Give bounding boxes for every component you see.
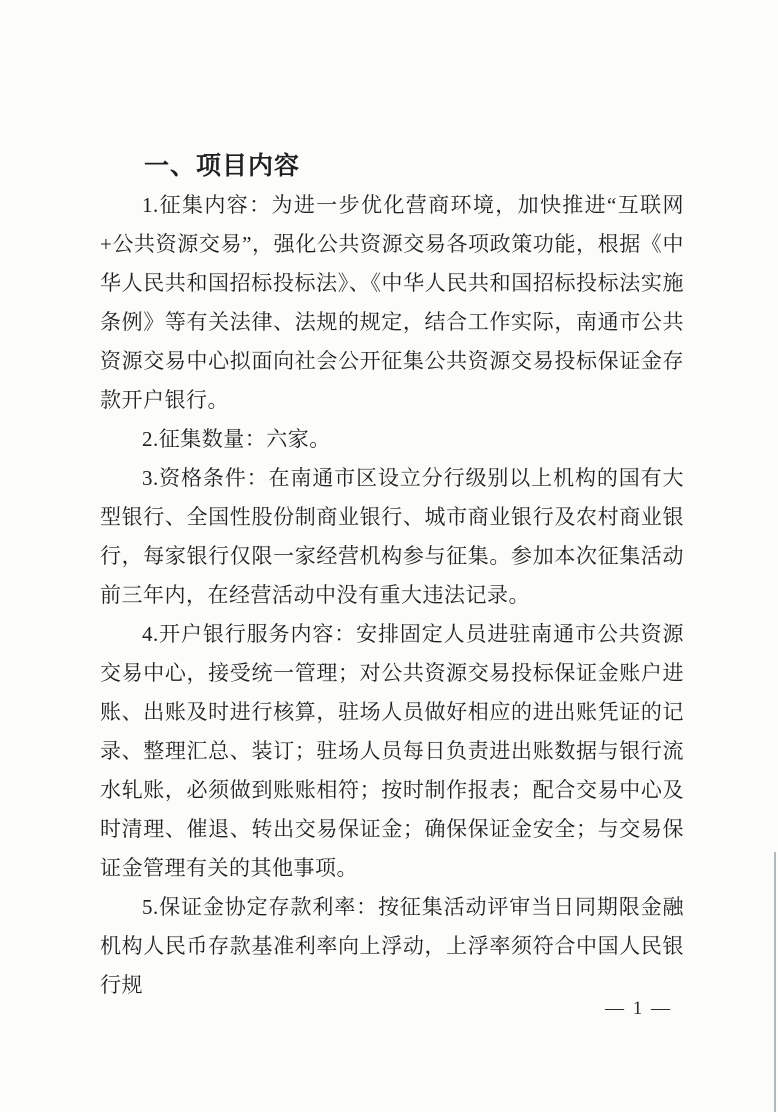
document-page: { "page": { "heading": "一、项目内容", "paragr… xyxy=(0,0,778,1112)
paragraph-deposit-interest-rate: 5.保证金协定存款利率：按征集活动评审当日同期限金融机构人民币存款基准利率向上浮… xyxy=(100,888,684,1005)
section-heading: 一、项目内容 xyxy=(144,146,684,186)
paragraph-collection-quantity: 2.征集数量：六家。 xyxy=(100,420,684,459)
paragraph-bank-service-content: 4.开户银行服务内容：安排固定人员进驻南通市公共资源交易中心，接受统一管理；对公… xyxy=(100,615,684,888)
text-block: 一、项目内容 1.征集内容：为进一步优化营商环境，加快推进“互联网+公共资源交易… xyxy=(100,146,684,1005)
scan-artifact-line xyxy=(774,852,776,1112)
page-number: — 1 — xyxy=(605,996,672,1022)
paragraph-qualification-conditions: 3.资格条件：在南通市区设立分行级别以上机构的国有大型银行、全国性股份制商业银行… xyxy=(100,459,684,615)
paragraph-collection-content: 1.征集内容：为进一步优化营商环境，加快推进“互联网+公共资源交易”，强化公共资… xyxy=(100,186,684,420)
